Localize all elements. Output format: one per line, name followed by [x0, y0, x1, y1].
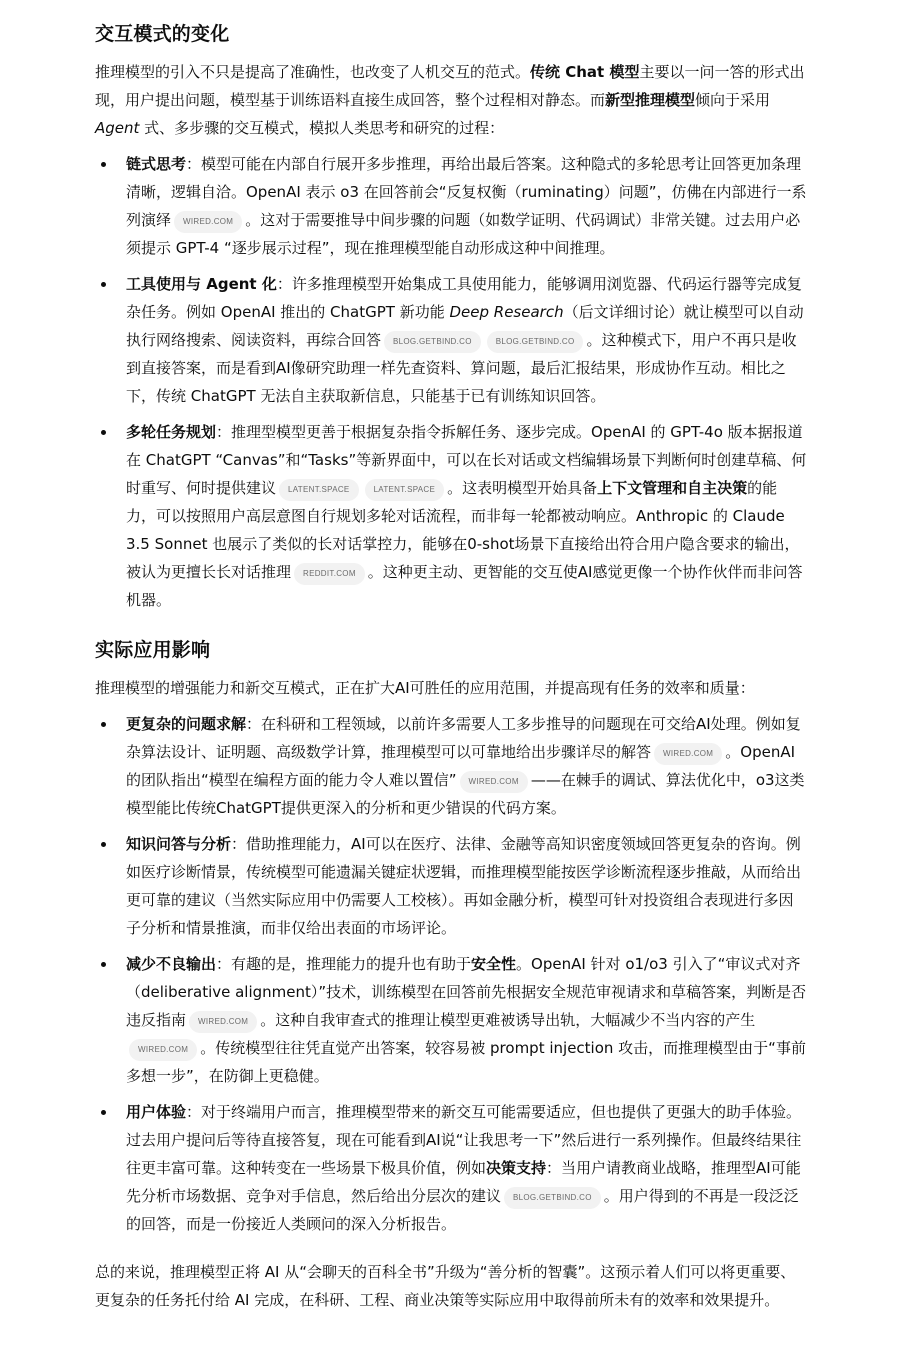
list-item: 知识问答与分析：借助推理能力，AI可以在医疗、法律、金融等高知识密度领域回答更复…: [95, 830, 807, 942]
citation-chip[interactable]: WIRED.COM: [460, 771, 528, 793]
bullet-icon: [101, 1110, 106, 1115]
list-item: 用户体验：对于终端用户而言，推理模型带来的新交互可能需要适应，但也提供了更强大的…: [95, 1098, 807, 1238]
list-item: 链式思考：模型可能在内部自行展开多步推理，再给出最后答案。这种隐式的多轮思考让回…: [95, 150, 807, 262]
bullet-icon: [101, 842, 106, 847]
citation-chip[interactable]: WIRED.COM: [189, 1011, 257, 1033]
bullet-icon: [101, 722, 106, 727]
citation-chip[interactable]: WIRED.COM: [129, 1039, 197, 1061]
applications-list: 更复杂的问题求解：在科研和工程领域，以前许多需要人工多步推导的问题现在可交给AI…: [95, 710, 807, 1246]
citation-chip[interactable]: LATENT.SPACE: [279, 479, 359, 501]
bullet-icon: [101, 962, 106, 967]
section-intro-paragraph: 推理模型的增强能力和新交互模式，正在扩大AI可胜任的应用范围，并提高现有任务的效…: [95, 674, 807, 702]
citation-chip[interactable]: WIRED.COM: [654, 743, 722, 765]
section-heading-applications: 实际应用影响: [95, 636, 210, 664]
list-item: 工具使用与 Agent 化：许多推理模型开始集成工具使用能力，能够调用浏览器、代…: [95, 270, 807, 410]
bullet-icon: [101, 282, 106, 287]
section-intro-paragraph: 推理模型的引入不只是提高了准确性，也改变了人机交互的范式。传统 Chat 模型主…: [95, 58, 807, 142]
citation-chip[interactable]: BLOG.GETBIND.CO: [384, 331, 481, 353]
interaction-list: 链式思考：模型可能在内部自行展开多步推理，再给出最后答案。这种隐式的多轮思考让回…: [95, 150, 807, 622]
bullet-icon: [101, 430, 106, 435]
bullet-icon: [101, 162, 106, 167]
list-item: 多轮任务规划：推理型模型更善于根据复杂指令拆解任务、逐步完成。OpenAI 的 …: [95, 418, 807, 614]
conclusion-paragraph: 总的来说，推理模型正将 AI 从“会聊天的百科全书”升级为“善分析的智囊”。这预…: [95, 1258, 807, 1314]
list-item: 更复杂的问题求解：在科研和工程领域，以前许多需要人工多步推导的问题现在可交给AI…: [95, 710, 807, 822]
citation-chip[interactable]: LATENT.SPACE: [365, 479, 445, 501]
citation-chip[interactable]: BLOG.GETBIND.CO: [487, 331, 584, 353]
citation-chip[interactable]: BLOG.GETBIND.CO: [504, 1187, 601, 1209]
section-heading-interaction: 交互模式的变化: [95, 20, 229, 48]
citation-chip[interactable]: WIRED.COM: [174, 211, 242, 233]
citation-chip[interactable]: REDDIT.COM: [294, 563, 365, 585]
list-item: 减少不良输出：有趣的是，推理能力的提升也有助于安全性。OpenAI 针对 o1/…: [95, 950, 807, 1090]
